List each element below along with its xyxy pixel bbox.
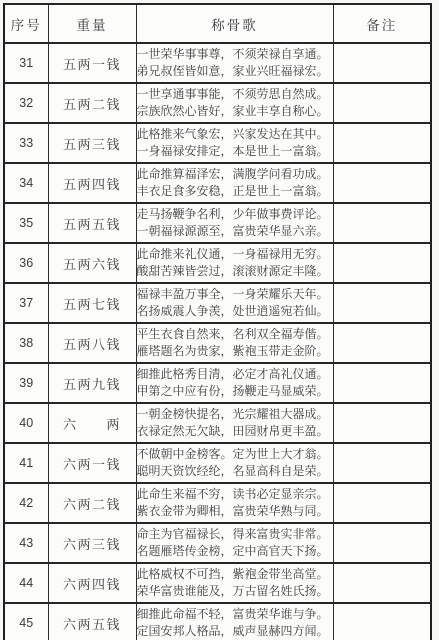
song-line-2: 名扬威震人争羡，处世逍遥宛若仙。 (137, 303, 333, 320)
song-line-1: 细推此命福不轻，富贵荣华谁与争。 (137, 606, 333, 623)
table-row: 40 六 两 一朝金榜快提名，光宗耀祖大器成。 衣禄定然无欠缺，田园财帛更丰盈。 (4, 403, 431, 443)
serial-cell: 39 (4, 363, 48, 403)
header-song: 称骨歌 (136, 4, 333, 43)
song-cell: 一世荣华事事尊，不须荣禄自享通。 弟兄叔侄皆如意，家业兴旺福禄宏。 (136, 43, 333, 83)
song-line-1: 走马扬鞭争名利，少年做事费评论。 (137, 206, 333, 223)
song-cell: 此命推来礼仪通，一身福禄用无穷。 酸甜苦辣皆尝过，滚滚财源定丰隆。 (136, 243, 333, 283)
song-cell: 此命推算福泽宏，满腹学问看功成。 丰衣足食多安稳，正是世上一富翁。 (136, 163, 333, 203)
song-cell: 走马扬鞭争名利，少年做事费评论。 一朝福禄源源至，富贵荣华显六亲。 (136, 203, 333, 243)
serial-cell: 45 (4, 603, 48, 640)
song-cell: 一朝金榜快提名，光宗耀祖大器成。 衣禄定然无欠缺，田园财帛更丰盈。 (136, 403, 333, 443)
note-cell (333, 83, 431, 123)
serial-cell: 35 (4, 203, 48, 243)
table-row: 34 五两四钱 此命推算福泽宏，满腹学问看功成。 丰衣足食多安稳，正是世上一富翁… (4, 163, 431, 203)
song-line-1: 一朝金榜快提名，光宗耀祖大器成。 (137, 406, 333, 423)
weight-cell: 五两三钱 (48, 123, 136, 163)
song-cell: 平生衣食自然来，名利双全福寿偕。 雁塔题名为贵家，紫袍玉带走金阶。 (136, 323, 333, 363)
weight-cell: 五两七钱 (48, 283, 136, 323)
weight-cell: 五两二钱 (48, 83, 136, 123)
song-line-1: 此命推来礼仪通，一身福禄用无穷。 (137, 246, 333, 263)
song-line-1: 一世荣华事事尊，不须荣禄自享通。 (137, 46, 333, 63)
song-line-2: 荣华富贵谁能及，万古留名姓氏扬。 (137, 583, 333, 600)
song-line-1: 福禄丰盈万事全，一身荣耀乐天年。 (137, 286, 333, 303)
serial-cell: 41 (4, 443, 48, 483)
serial-cell: 42 (4, 483, 48, 523)
song-line-1: 细推此格秀目清，必定才高礼仪通。 (137, 366, 333, 383)
table-row: 41 六两一钱 不做朝中金榜客。定为世上大才翁。 聪明天资饮经纶，名显高科自是荣… (4, 443, 431, 483)
song-line-2: 雁塔题名为贵家，紫袍玉带走金阶。 (137, 343, 333, 360)
song-cell: 福禄丰盈万事全，一身荣耀乐天年。 名扬威震人争羡，处世逍遥宛若仙。 (136, 283, 333, 323)
table-row: 43 六两三钱 命主为官福禄长，得来富贵实非常。 名题雁塔传金榜，定中高官天下扬… (4, 523, 431, 563)
song-line-2: 一朝福禄源源至，富贵荣华显六亲。 (137, 223, 333, 240)
note-cell (333, 563, 431, 603)
note-cell (333, 523, 431, 563)
note-cell (333, 603, 431, 640)
table-row: 45 六两五钱 细推此命福不轻，富贵荣华谁与争。 定国安邦人格品，威声显赫四方闻… (4, 603, 431, 640)
bone-weighing-table: 序号 重量 称骨歌 备注 31 五两一钱 一世荣华事事尊，不须荣禄自享通。 弟兄… (3, 3, 432, 640)
song-line-1: 一世享通事事能，不须劳思自然成。 (137, 86, 333, 103)
song-cell: 此格推来气象宏，兴家发达在其中。 一身福禄安排定，本是世上一富翁。 (136, 123, 333, 163)
song-cell: 不做朝中金榜客。定为世上大才翁。 聪明天资饮经纶，名显高科自是荣。 (136, 443, 333, 483)
serial-cell: 40 (4, 403, 48, 443)
weight-cell: 六两五钱 (48, 603, 136, 640)
song-line-2: 宗族欣然心皆好，家业丰享自称心。 (137, 103, 333, 120)
note-cell (333, 283, 431, 323)
serial-cell: 31 (4, 43, 48, 83)
song-line-1: 不做朝中金榜客。定为世上大才翁。 (137, 446, 333, 463)
song-line-2: 紫衣金带为卿相，富贵荣华熟与同。 (137, 503, 333, 520)
song-cell: 此格威权不可挡，紫袍金带坐高堂。 荣华富贵谁能及，万古留名姓氏扬。 (136, 563, 333, 603)
serial-cell: 44 (4, 563, 48, 603)
weight-cell: 五两一钱 (48, 43, 136, 83)
song-cell: 细推此命福不轻，富贵荣华谁与争。 定国安邦人格品，威声显赫四方闻。 (136, 603, 333, 640)
song-line-1: 命主为官福禄长，得来富贵实非常。 (137, 526, 333, 543)
serial-cell: 32 (4, 83, 48, 123)
weight-cell: 五两九钱 (48, 363, 136, 403)
header-note: 备注 (333, 4, 431, 43)
document-sheet: 序号 重量 称骨歌 备注 31 五两一钱 一世荣华事事尊，不须荣禄自享通。 弟兄… (0, 0, 439, 640)
song-cell: 一世享通事事能，不须劳思自然成。 宗族欣然心皆好，家业丰享自称心。 (136, 83, 333, 123)
note-cell (333, 363, 431, 403)
song-line-2: 甲第之中应有份，扬鞭走马显威荣。 (137, 383, 333, 400)
song-line-2: 名题雁塔传金榜，定中高官天下扬。 (137, 543, 333, 560)
weight-cell: 五两六钱 (48, 243, 136, 283)
weight-cell: 六两四钱 (48, 563, 136, 603)
table-row: 36 五两六钱 此命推来礼仪通，一身福禄用无穷。 酸甜苦辣皆尝过，滚滚财源定丰隆… (4, 243, 431, 283)
song-line-1: 此命生来福不穷，读书必定显亲宗。 (137, 486, 333, 503)
weight-cell: 六两二钱 (48, 483, 136, 523)
table-row: 31 五两一钱 一世荣华事事尊，不须荣禄自享通。 弟兄叔侄皆如意，家业兴旺福禄宏… (4, 43, 431, 83)
table-row: 33 五两三钱 此格推来气象宏，兴家发达在其中。 一身福禄安排定，本是世上一富翁… (4, 123, 431, 163)
table-row: 44 六两四钱 此格威权不可挡，紫袍金带坐高堂。 荣华富贵谁能及，万古留名姓氏扬… (4, 563, 431, 603)
serial-cell: 36 (4, 243, 48, 283)
weight-cell: 六 两 (48, 403, 136, 443)
table-row: 39 五两九钱 细推此格秀目清，必定才高礼仪通。 甲第之中应有份，扬鞭走马显威荣… (4, 363, 431, 403)
serial-cell: 33 (4, 123, 48, 163)
song-line-1: 此命推算福泽宏，满腹学问看功成。 (137, 166, 333, 183)
header-serial: 序号 (4, 4, 48, 43)
song-line-2: 酸甜苦辣皆尝过，滚滚财源定丰隆。 (137, 263, 333, 280)
serial-cell: 37 (4, 283, 48, 323)
song-line-2: 一身福禄安排定，本是世上一富翁。 (137, 143, 333, 160)
note-cell (333, 43, 431, 83)
weight-cell: 六两一钱 (48, 443, 136, 483)
song-cell: 命主为官福禄长，得来富贵实非常。 名题雁塔传金榜，定中高官天下扬。 (136, 523, 333, 563)
song-cell: 细推此格秀目清，必定才高礼仪通。 甲第之中应有份，扬鞭走马显威荣。 (136, 363, 333, 403)
note-cell (333, 123, 431, 163)
weight-cell: 五两五钱 (48, 203, 136, 243)
song-line-1: 此格推来气象宏，兴家发达在其中。 (137, 126, 333, 143)
note-cell (333, 443, 431, 483)
note-cell (333, 483, 431, 523)
note-cell (333, 243, 431, 283)
song-line-2: 定国安邦人格品，威声显赫四方闻。 (137, 623, 333, 640)
weight-cell: 六两三钱 (48, 523, 136, 563)
table-row: 42 六两二钱 此命生来福不穷，读书必定显亲宗。 紫衣金带为卿相，富贵荣华熟与同… (4, 483, 431, 523)
weight-cell: 五两八钱 (48, 323, 136, 363)
song-line-1: 平生衣食自然来，名利双全福寿偕。 (137, 326, 333, 343)
song-line-2: 弟兄叔侄皆如意，家业兴旺福禄宏。 (137, 63, 333, 80)
weight-cell: 五两四钱 (48, 163, 136, 203)
song-cell: 此命生来福不穷，读书必定显亲宗。 紫衣金带为卿相，富贵荣华熟与同。 (136, 483, 333, 523)
note-cell (333, 163, 431, 203)
table-row: 37 五两七钱 福禄丰盈万事全，一身荣耀乐天年。 名扬威震人争羡，处世逍遥宛若仙… (4, 283, 431, 323)
song-line-2: 丰衣足食多安稳，正是世上一富翁。 (137, 183, 333, 200)
note-cell (333, 323, 431, 363)
table-row: 38 五两八钱 平生衣食自然来，名利双全福寿偕。 雁塔题名为贵家，紫袍玉带走金阶… (4, 323, 431, 363)
serial-cell: 43 (4, 523, 48, 563)
song-line-2: 聪明天资饮经纶，名显高科自是荣。 (137, 463, 333, 480)
table-row: 32 五两二钱 一世享通事事能，不须劳思自然成。 宗族欣然心皆好，家业丰享自称心… (4, 83, 431, 123)
table-header-row: 序号 重量 称骨歌 备注 (4, 4, 431, 43)
song-line-1: 此格威权不可挡，紫袍金带坐高堂。 (137, 566, 333, 583)
header-weight: 重量 (48, 4, 136, 43)
serial-cell: 38 (4, 323, 48, 363)
song-line-2: 衣禄定然无欠缺，田园财帛更丰盈。 (137, 423, 333, 440)
note-cell (333, 203, 431, 243)
note-cell (333, 403, 431, 443)
table-row: 35 五两五钱 走马扬鞭争名利，少年做事费评论。 一朝福禄源源至，富贵荣华显六亲… (4, 203, 431, 243)
serial-cell: 34 (4, 163, 48, 203)
